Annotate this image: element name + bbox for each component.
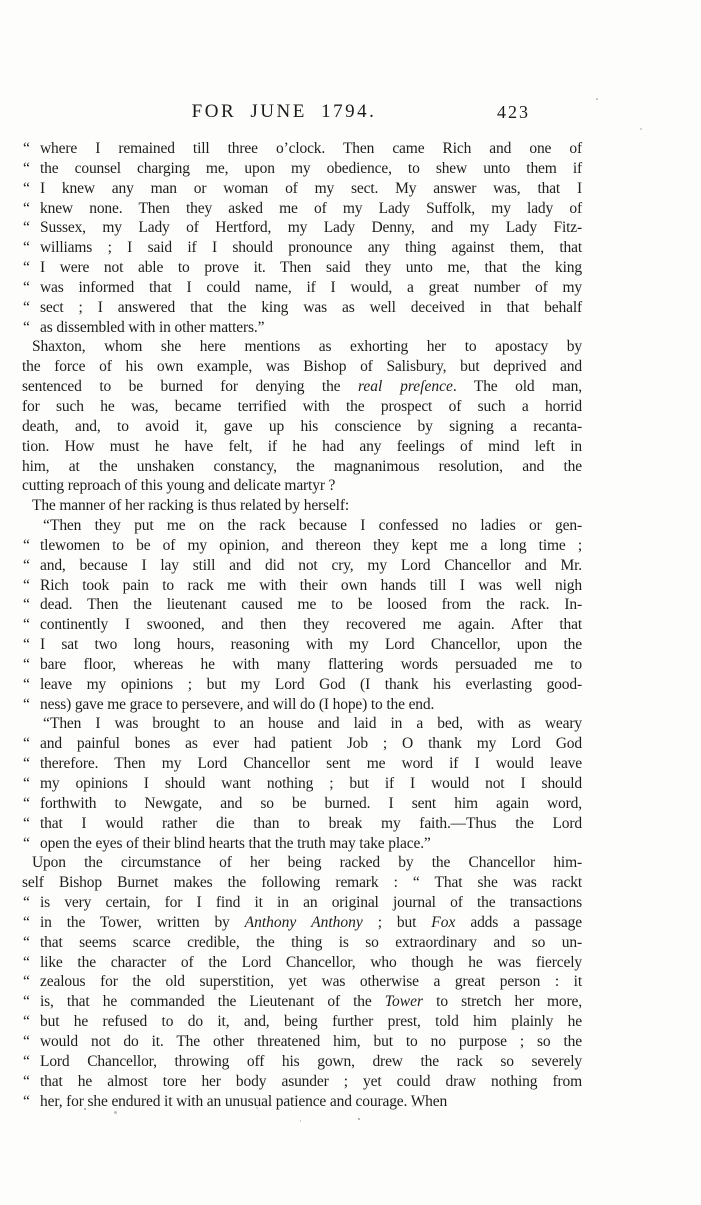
- hanging-quote-mark: “: [23, 556, 30, 576]
- ink-speck: [300, 1120, 301, 1122]
- text-line: self Bishop Burnet makes the following r…: [22, 873, 582, 893]
- text-line: “sect ; I answered that the king was as …: [22, 298, 582, 318]
- text-line: cutting reproach of this young and delic…: [22, 476, 582, 496]
- ink-speck: [596, 98, 598, 100]
- text-line: The manner of her racking is thus relate…: [22, 496, 582, 516]
- text-line: “her, for she endured it with an unusual…: [22, 1092, 582, 1112]
- text-line: “zealous for the old superstition, yet w…: [22, 972, 582, 992]
- text-line: sentenced to be burned for denying the r…: [22, 377, 582, 397]
- hanging-quote-mark: “: [23, 774, 30, 794]
- ink-speck: [358, 1118, 360, 1120]
- text-line: the force of his own example, was Bishop…: [22, 357, 582, 377]
- text-line: “open the eyes of their blind hearts tha…: [22, 834, 582, 854]
- page-number: 423: [497, 102, 530, 123]
- text-line: “continently I swooned, and then they re…: [22, 615, 582, 635]
- paragraph: “where I remained till three o’clock. Th…: [22, 139, 582, 337]
- text-line: “I sat two long hours, reasoning with my…: [22, 635, 582, 655]
- hanging-quote-mark: “: [23, 139, 30, 159]
- text-line: “as dissembled with in other matters.”: [22, 318, 582, 338]
- text-line: “dead. Then the lieutenant caused me to …: [22, 595, 582, 615]
- paragraph: “Then I was brought to an house and laid…: [22, 714, 582, 853]
- paragraph: The manner of her racking is thus relate…: [22, 496, 582, 516]
- paragraph: Shaxton, whom she here mentions as exhor…: [22, 337, 582, 496]
- hanging-quote-mark: “: [23, 953, 30, 973]
- hanging-quote-mark: “: [23, 1012, 30, 1032]
- hanging-quote-mark: “: [23, 536, 30, 556]
- text-line: “was informed that I could name, if I wo…: [22, 278, 582, 298]
- text-line: tion. How must he have felt, if he had a…: [22, 437, 582, 457]
- text-line: “in the Tower, written by Anthony Anthon…: [22, 913, 582, 933]
- hanging-quote-mark: “: [23, 298, 30, 318]
- hanging-quote-mark: “: [23, 238, 30, 258]
- page-body: “where I remained till three o’clock. Th…: [22, 139, 582, 1111]
- hanging-quote-mark: “: [23, 1072, 30, 1092]
- text-line: “I knew any man or woman of my sect. My …: [22, 179, 582, 199]
- hanging-quote-mark: “: [23, 278, 30, 298]
- text-line: him, at the unshaken constancy, the magn…: [22, 457, 582, 477]
- hanging-quote-mark: “: [23, 318, 30, 338]
- hanging-quote-mark: “: [23, 794, 30, 814]
- hanging-quote-mark: “: [23, 972, 30, 992]
- hanging-quote-mark: “: [23, 913, 30, 933]
- hanging-quote-mark: “: [23, 992, 30, 1012]
- text-line: “is, that he commanded the Lieutenant of…: [22, 992, 582, 1012]
- page-header: FOR JUNE 1794. 423: [22, 101, 582, 127]
- hanging-quote-mark: “: [23, 754, 30, 774]
- text-line: “would not do it. The other threatened h…: [22, 1032, 582, 1052]
- hanging-quote-mark: “: [23, 893, 30, 913]
- hanging-quote-mark: “: [23, 675, 30, 695]
- ink-speck: [84, 1108, 86, 1110]
- text-line: “I were not able to prove it. Then said …: [22, 258, 582, 278]
- hanging-quote-mark: “: [23, 1052, 30, 1072]
- hanging-quote-mark: “: [23, 576, 30, 596]
- text-line: “is very certain, for I find it in an or…: [22, 893, 582, 913]
- hanging-quote-mark: “: [23, 695, 30, 715]
- hanging-quote-mark: “: [23, 1032, 30, 1052]
- text-line: “Then they put me on the rack because I …: [22, 516, 582, 536]
- text-line: Shaxton, whom she here mentions as exhor…: [22, 337, 582, 357]
- hanging-quote-mark: “: [23, 258, 30, 278]
- text-line: death, and, to avoid it, gave up his con…: [22, 417, 582, 437]
- text-line: “the counsel charging me, upon my obedie…: [22, 159, 582, 179]
- ink-speck: [114, 1111, 117, 1114]
- text-line: “and painful bones as ever had patient J…: [22, 734, 582, 754]
- text-line: “but he refused to do it, and, being fur…: [22, 1012, 582, 1032]
- hanging-quote-mark: “: [33, 516, 50, 536]
- hanging-quote-mark: “: [23, 834, 30, 854]
- paragraph: Upon the circumstance of her being racke…: [22, 853, 582, 1111]
- text-line: “where I remained till three o’clock. Th…: [22, 139, 582, 159]
- text-line: “therefore. Then my Lord Chancellor sent…: [22, 754, 582, 774]
- text-line: “my opinions I should want nothing ; but…: [22, 774, 582, 794]
- text-line: “leave my opinions ; but my Lord God (I …: [22, 675, 582, 695]
- ink-speck: [640, 128, 642, 130]
- hanging-quote-mark: “: [23, 199, 30, 219]
- hanging-quote-mark: “: [23, 159, 30, 179]
- scanned-page: FOR JUNE 1794. 423 “where I remained til…: [0, 0, 701, 1205]
- hanging-quote-mark: “: [23, 1092, 30, 1112]
- hanging-quote-mark: “: [23, 655, 30, 675]
- ink-speck: [256, 1107, 258, 1109]
- hanging-quote-mark: “: [23, 635, 30, 655]
- ink-speck: [269, 1103, 271, 1105]
- text-line: “knew none. Then they asked me of my Lad…: [22, 199, 582, 219]
- running-title: FOR JUNE 1794.: [4, 101, 564, 123]
- text-line: “Sussex, my Lady of Hertford, my Lady De…: [22, 218, 582, 238]
- hanging-quote-mark: “: [33, 714, 50, 734]
- hanging-quote-mark: “: [23, 615, 30, 635]
- text-line: “Then I was brought to an house and laid…: [22, 714, 582, 734]
- hanging-quote-mark: “: [23, 734, 30, 754]
- text-line: Upon the circumstance of her being racke…: [22, 853, 582, 873]
- text-line: “ness) gave me grace to persevere, and w…: [22, 695, 582, 715]
- text-line: “Rich took pain to rack me with their ow…: [22, 576, 582, 596]
- text-line: “forthwith to Newgate, and so be burned.…: [22, 794, 582, 814]
- ink-speck: [412, 1105, 414, 1107]
- text-line: “that he almost tore her body asunder ; …: [22, 1072, 582, 1092]
- text-line: “williams ; I said if I should pronounce…: [22, 238, 582, 258]
- paragraph: “Then they put me on the rack because I …: [22, 516, 582, 714]
- hanging-quote-mark: “: [23, 814, 30, 834]
- hanging-quote-mark: “: [23, 218, 30, 238]
- text-line: for such he was, became terrified with t…: [22, 397, 582, 417]
- text-line: “tlewomen to be of my opinion, and there…: [22, 536, 582, 556]
- text-line: “that I would rather die than to break m…: [22, 814, 582, 834]
- hanging-quote-mark: “: [23, 179, 30, 199]
- text-line: “like the character of the Lord Chancell…: [22, 953, 582, 973]
- hanging-quote-mark: “: [23, 595, 30, 615]
- hanging-quote-mark: “: [23, 933, 30, 953]
- text-line: “that seems scarce credible, the thing i…: [22, 933, 582, 953]
- text-line: “bare floor, whereas he with many flatte…: [22, 655, 582, 675]
- text-line: “Lord Chancellor, throwing off his gown,…: [22, 1052, 582, 1072]
- text-line: “and, because I lay still and did not cr…: [22, 556, 582, 576]
